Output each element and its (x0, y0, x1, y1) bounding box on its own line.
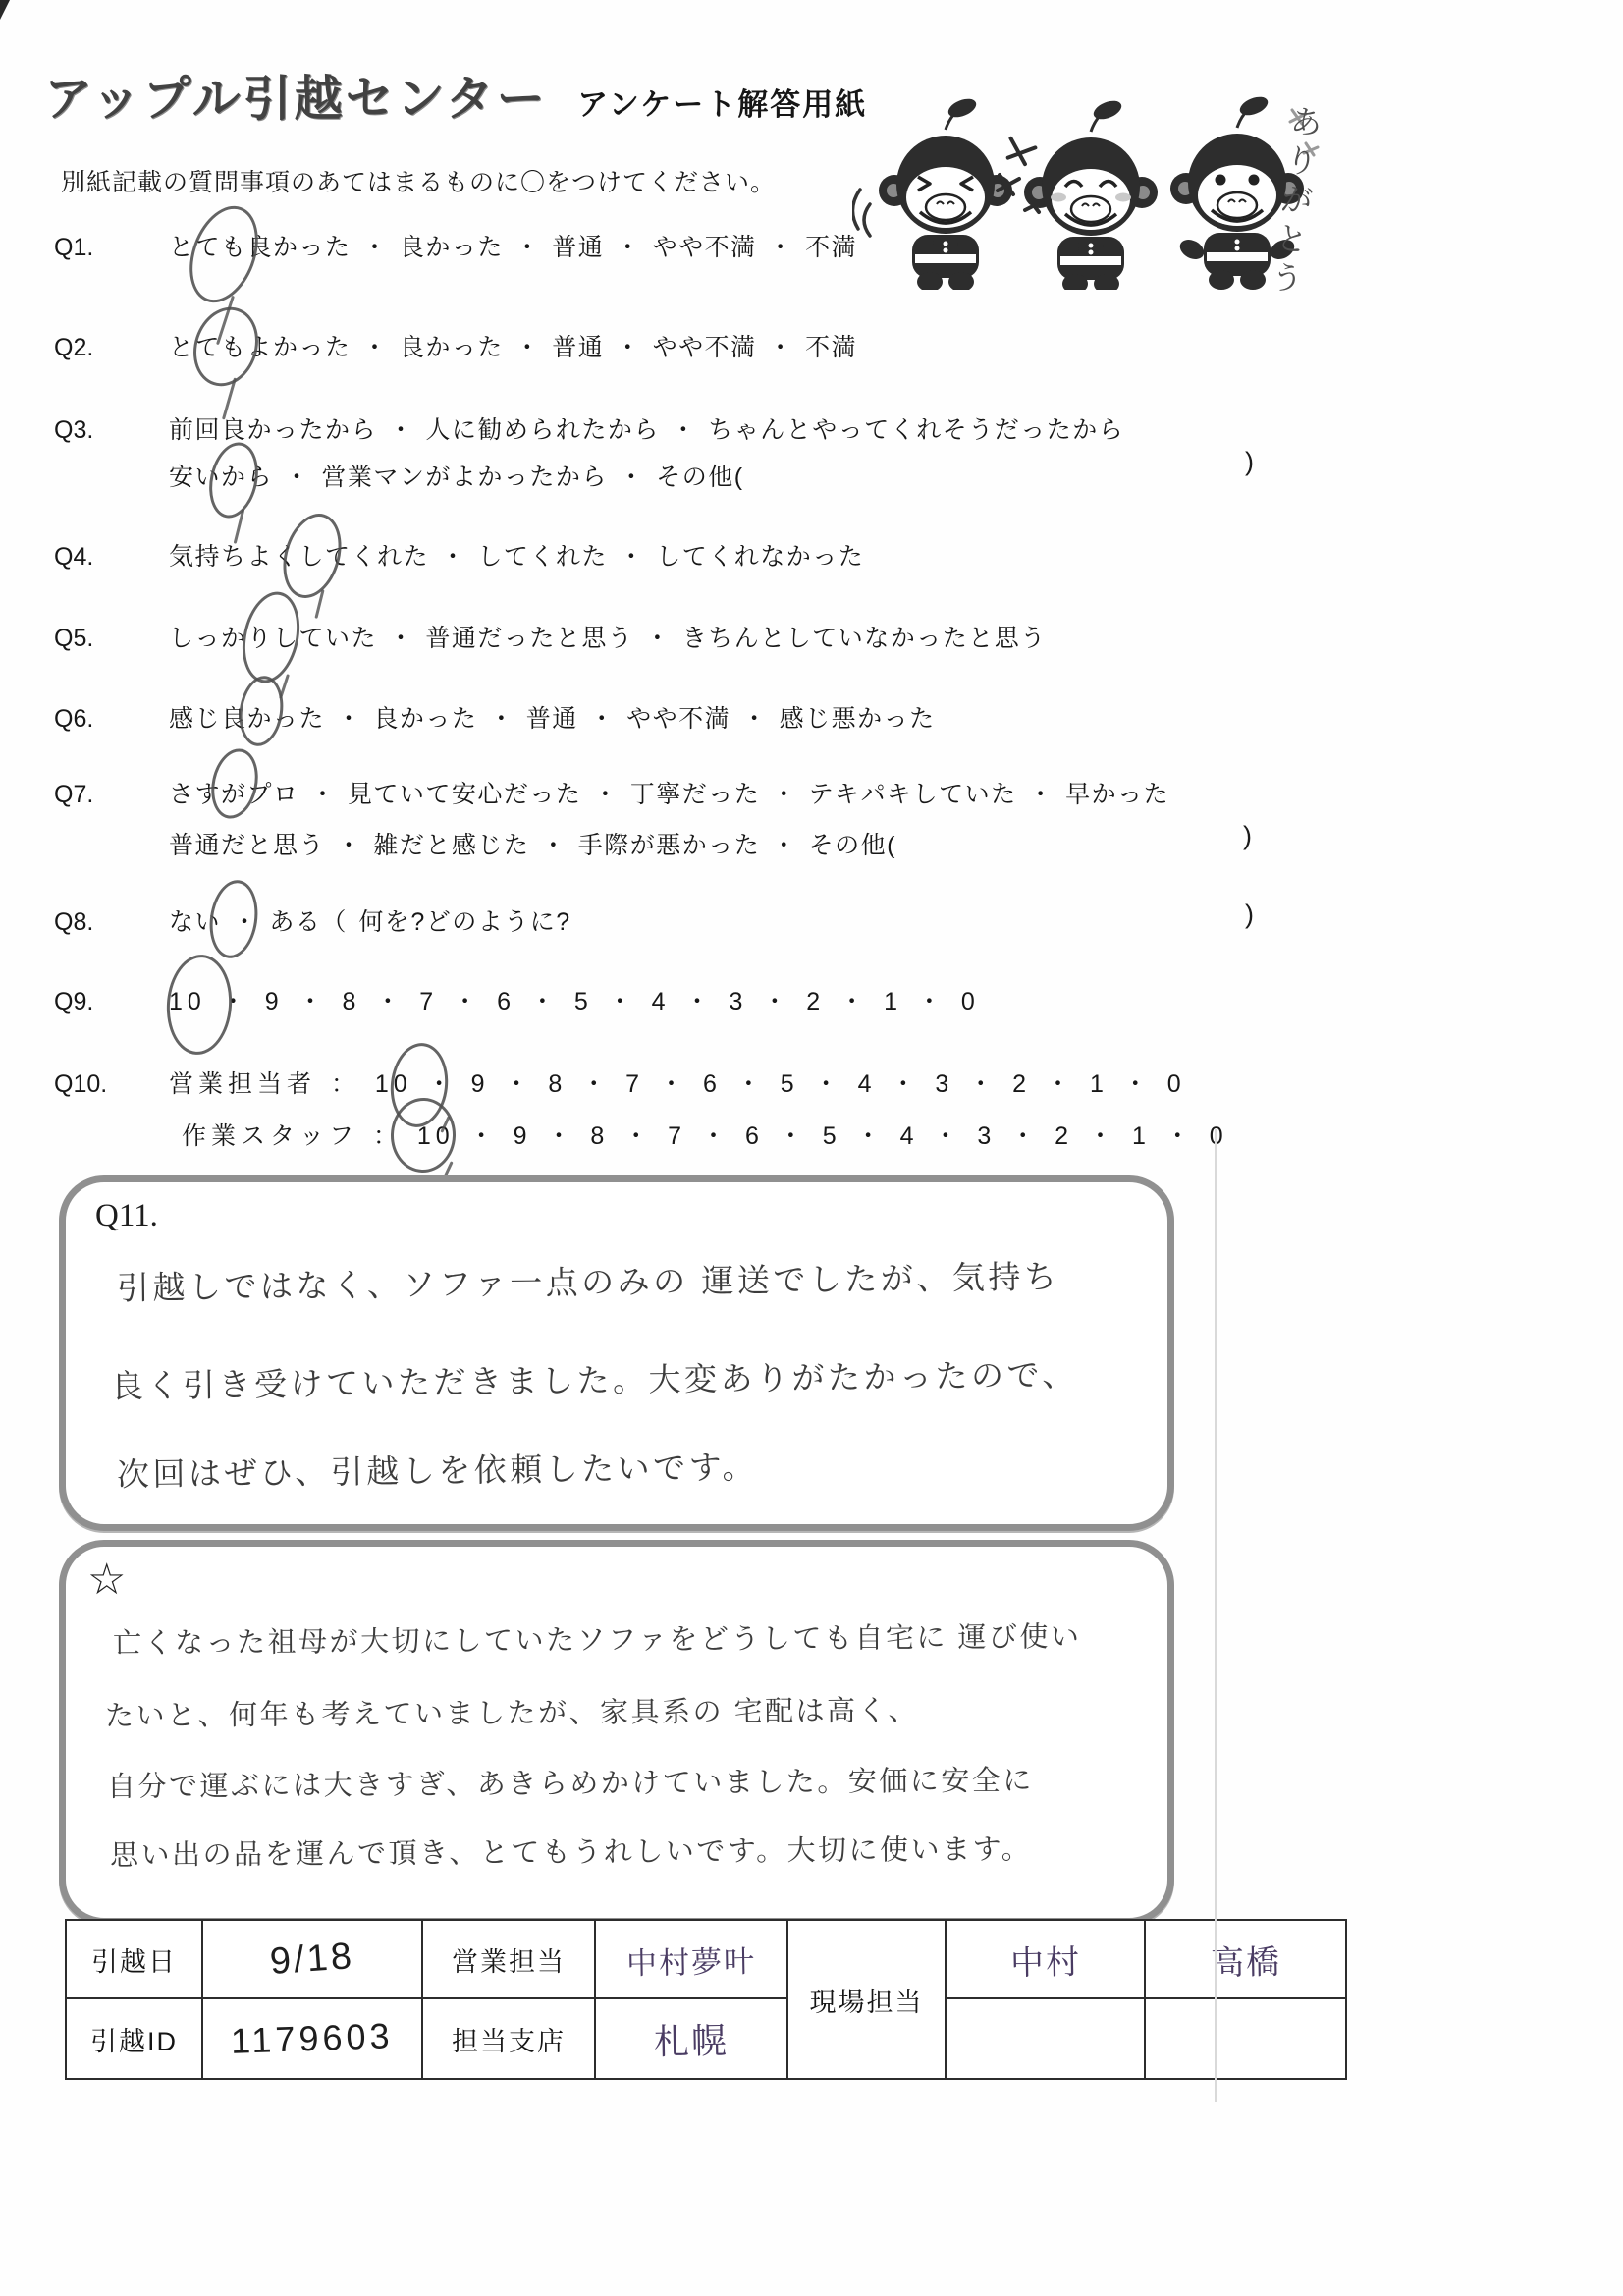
q11-comment-line-2: 良く引き受けていただきました。大変ありがたかったので、 (111, 1349, 1078, 1407)
move-date-label-cell: 引越日 (67, 1921, 203, 1999)
scan-artifact-line (1215, 1129, 1217, 2102)
site-staff-label-cell: 現場担当 (788, 1921, 947, 2078)
question-q10-line2: 作業スタッフ ： 10 ・ 9 ・ 8 ・ 7 ・ 6 ・ 5 ・ 4 ・ 3 … (54, 1117, 1228, 1152)
close-paren-q3: ) (1245, 447, 1254, 477)
move-id-handwritten: 1179603 (231, 2015, 395, 2062)
circle-mark-q7 (205, 744, 264, 823)
circle-mark-q9 (164, 953, 236, 1057)
question-options: 気持ちよくしてくれた ・ してくれた ・ してくれなかった (169, 543, 864, 571)
question-options: 営業担当者 ： 10 ・ 9 ・ 8 ・ 7 ・ 6 ・ 5 ・ 4 ・ 3 ・… (169, 1070, 1186, 1098)
move-date-handwritten: 9/18 (269, 1936, 356, 1984)
question-label: Q4. (54, 543, 169, 572)
circle-mark-q3 (202, 438, 264, 522)
mascot-monkey-2 (1024, 97, 1158, 290)
question-q3-line2: 安いから ・ 営業マンがよかったから ・ その他( (54, 458, 744, 493)
question-q2: Q2.とてもよかった ・ 良かった ・ 普通 ・ やや不満 ・ 不満 (54, 328, 857, 363)
question-options: 作業スタッフ ： 10 ・ 9 ・ 8 ・ 7 ・ 6 ・ 5 ・ 4 ・ 3 … (182, 1122, 1228, 1150)
question-options: しっかりしていた ・ 普通だったと思う ・ きちんとしていなかったと思う (169, 625, 1047, 652)
question-options: 感じ良かった ・ 良かった ・ 普通 ・ やや不満 ・ 感じ悪かった (169, 705, 936, 733)
move-date-value-cell: 9/18 (203, 1921, 423, 1999)
question-q5: Q5.しっかりしていた ・ 普通だったと思う ・ きちんとしていなかったと思う (54, 619, 1047, 654)
footer-info-table: 引越日 9/18 営業担当 中村夢叶 現場担当 中村 高橋 引越ID 11796… (65, 1919, 1347, 2080)
q11-comment-line-3: 次回はぜひ、引越しを依頼したいです。 (117, 1442, 759, 1496)
move-id-label-cell: 引越ID (67, 1999, 203, 2078)
question-options: 10 ・ 9 ・ 8 ・ 7 ・ 6 ・ 5 ・ 4 ・ 3 ・ 2 ・ 1 ・… (169, 988, 980, 1015)
question-label: Q7. (54, 781, 169, 809)
mascot-monkey-1 (879, 95, 1012, 290)
circle-mark-q5 (235, 586, 307, 688)
q11-comment-box: Q11. 引越しではなく、ソファ一点のみの 運送でしたが、気持ち 良く引き受けて… (59, 1175, 1174, 1531)
question-label: Q3. (54, 416, 169, 445)
sheet-title: アンケート解答用紙 (577, 87, 867, 122)
move-id-label: 引越ID (90, 2020, 178, 2058)
star-comment-line-4: 思い出の品を運んで頂き、とてもうれしいです。大切に使います。 (110, 1827, 1032, 1874)
question-q8: Q8.ない ・ ある（ 何を?どのように? (54, 902, 571, 938)
star-comment-line-1: 亡くなった祖母が大切にしていたソファをどうしても自宅に 運び使い (113, 1614, 1082, 1662)
close-paren-q8: ) (1245, 900, 1254, 930)
star-comment-line-2: たいと、何年も考えていましたが、家具系の 宅配は高く、 (105, 1688, 919, 1734)
question-q1: Q1.とても良かった ・ 良かった ・ 普通 ・ やや不満 ・ 不満 (54, 228, 857, 263)
header: アップル引越センター アンケート解答用紙 (44, 61, 867, 130)
star-comment-line-3: 自分で運ぶには大きすぎ、あきらめかけていました。安価に安全に (107, 1758, 1034, 1805)
sales-rep-value-cell: 中村夢叶 (596, 1921, 788, 1999)
question-options: さすがプロ ・ 見ていて安心だった ・ 丁寧だった ・ テキパキしていた ・ 早… (169, 781, 1169, 808)
site-staff-1-handwritten: 中村 (1009, 1935, 1081, 1984)
question-options: 普通だと思う ・ 雑だと感じた ・ 手際が悪かった ・ その他( (169, 832, 896, 859)
survey-answer-sheet: アップル引越センター アンケート解答用紙 別紙記載の質問事項のあてはまるものに〇… (0, 0, 1623, 2296)
branch-handwritten: 札幌 (654, 2013, 730, 2064)
question-label: Q9. (54, 988, 169, 1016)
q11-comment-line-1: 引越しではなく、ソファ一点のみの 運送でしたが、気持ち (117, 1251, 1060, 1309)
question-q3: Q3.前回良かったから ・ 人に勧められたから ・ ちゃんとやってくれそうだった… (54, 410, 1124, 446)
sales-rep-handwritten: 中村夢叶 (626, 1936, 757, 1982)
sales-rep-label: 営業担当 (452, 1941, 566, 1979)
question-label: Q6. (54, 705, 169, 734)
branch-label-cell: 担当支店 (423, 1999, 596, 2078)
site-staff-2-empty-cell (1146, 1999, 1345, 2078)
site-staff-1-empty-cell (947, 1999, 1146, 2078)
scan-edge-artifact (0, 0, 10, 20)
question-options: 前回良かったから ・ 人に勧められたから ・ ちゃんとやってくれそうだったから (169, 416, 1124, 444)
question-label: Q2. (54, 334, 169, 362)
move-date-label: 引越日 (91, 1941, 177, 1979)
move-id-value-cell: 1179603 (203, 1999, 423, 2078)
site-staff-2-cell: 高橋 (1146, 1921, 1345, 1999)
question-label: Q1. (54, 234, 169, 262)
star-mark: ☆ (87, 1555, 126, 1605)
branch-value-cell: 札幌 (596, 1999, 788, 2078)
branch-label: 担当支店 (452, 2020, 566, 2058)
circle-mark-q10-staff (390, 1097, 458, 1174)
question-label: Q5. (54, 625, 169, 653)
circle-mark-q2 (184, 299, 268, 395)
question-label: Q8. (54, 908, 169, 937)
company-logo: アップル引越センター (44, 73, 548, 126)
circle-mark-q6 (235, 673, 288, 748)
question-q6: Q6.感じ良かった ・ 良かった ・ 普通 ・ やや不満 ・ 感じ悪かった (54, 699, 936, 735)
question-options: とても良かった ・ 良かった ・ 普通 ・ やや不満 ・ 不満 (169, 234, 857, 261)
circle-mark-q1 (177, 196, 270, 312)
question-q4: Q4.気持ちよくしてくれた ・ してくれた ・ してくれなかった (54, 537, 864, 573)
close-paren-q7: ) (1243, 821, 1252, 851)
instruction-text: 別紙記載の質問事項のあてはまるものに〇をつけてください。 (61, 163, 776, 198)
sales-rep-label-cell: 営業担当 (423, 1921, 596, 1999)
circle-mark-q4 (274, 507, 351, 605)
circle-mark-q8 (205, 877, 263, 961)
question-options: とてもよかった ・ 良かった ・ 普通 ・ やや不満 ・ 不満 (169, 334, 857, 361)
site-staff-label: 現場担当 (810, 1981, 924, 2019)
q11-label: Q11. (95, 1198, 158, 1234)
star-comment-box: ☆ 亡くなった祖母が大切にしていたソファをどうしても自宅に 運び使い たいと、何… (59, 1540, 1174, 1925)
site-staff-1-cell: 中村 (947, 1921, 1146, 1999)
question-q10: Q10.営業担当者 ： 10 ・ 9 ・ 8 ・ 7 ・ 6 ・ 5 ・ 4 ・… (54, 1065, 1186, 1100)
question-label: Q10. (54, 1070, 169, 1099)
question-q7-line2: 普通だと思う ・ 雑だと感じた ・ 手際が悪かった ・ その他( (54, 826, 896, 861)
site-staff-2-handwritten: 高橋 (1210, 1935, 1281, 1984)
